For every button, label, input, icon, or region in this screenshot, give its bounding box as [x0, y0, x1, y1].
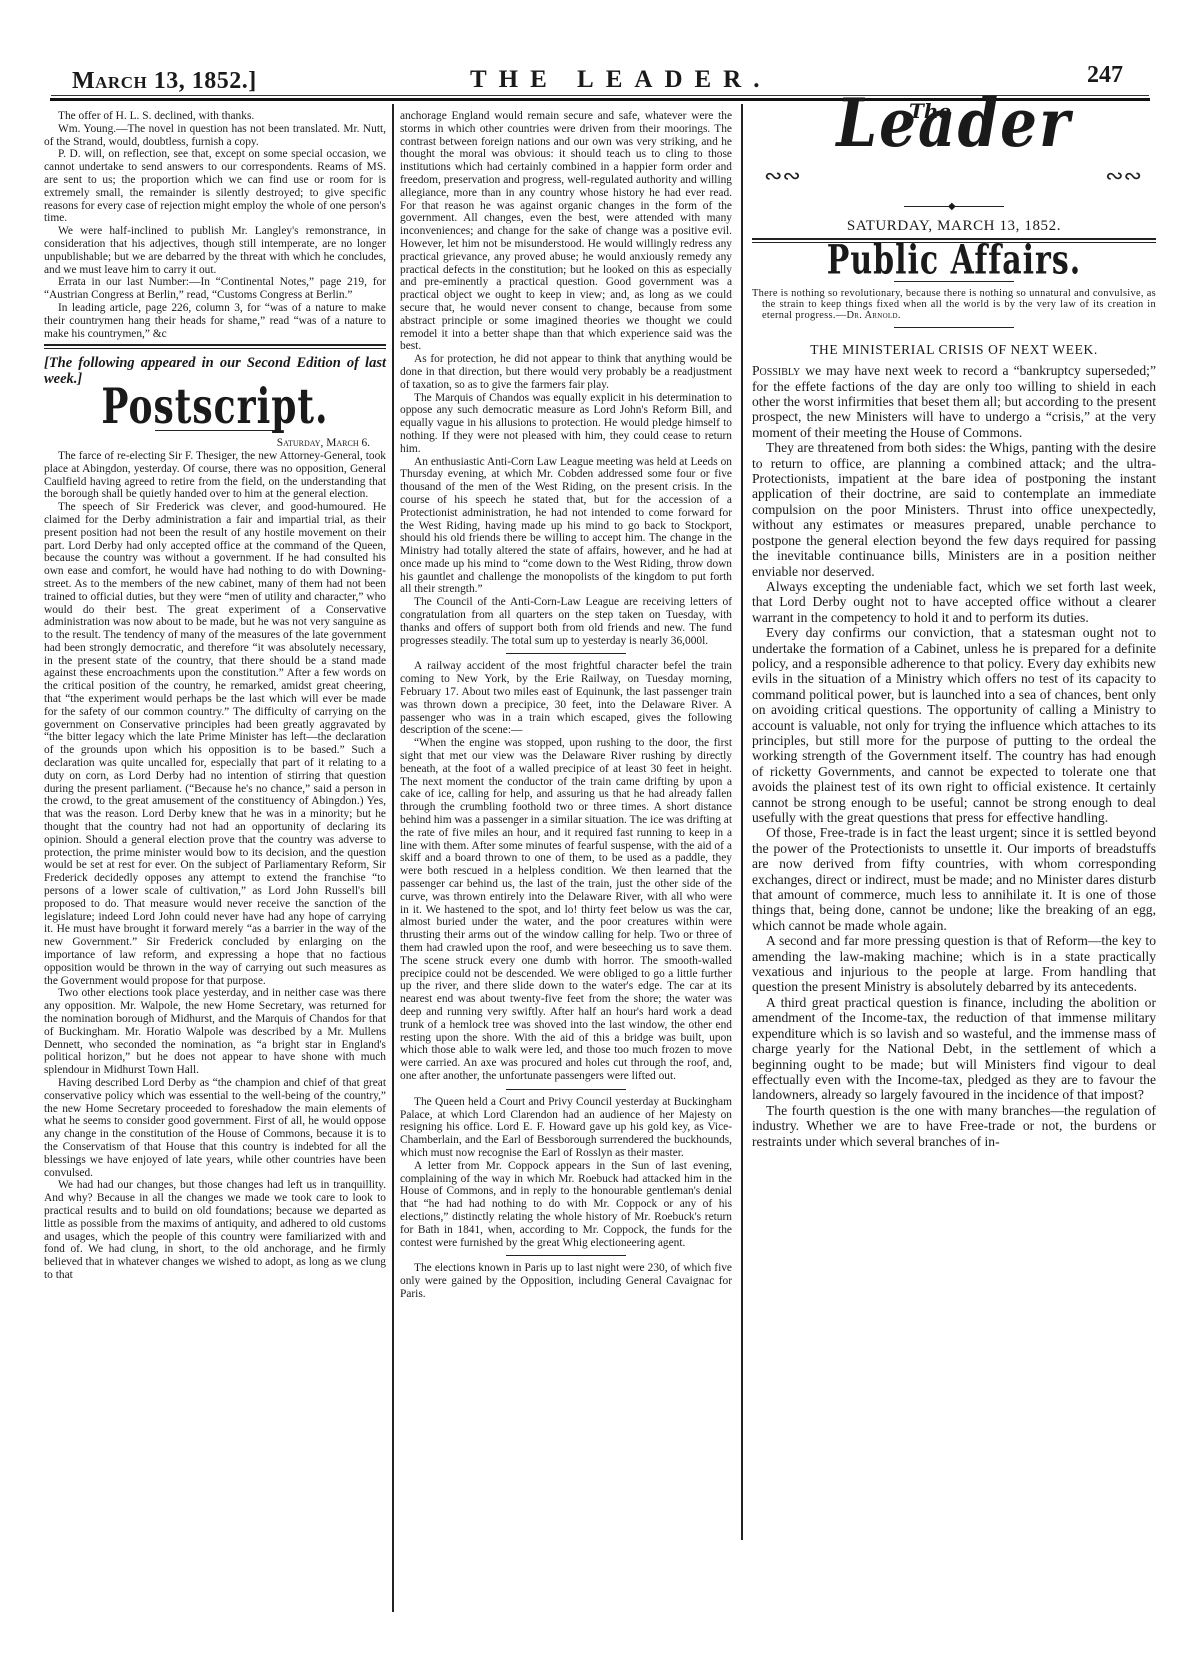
notice: P. D. will, on reflection, see that, exc…: [44, 148, 386, 225]
notice: In leading article, page 226, column 3, …: [44, 302, 386, 340]
header-date: March 13, 1852.]: [72, 68, 257, 95]
page-number: 247: [1087, 62, 1123, 89]
article-paragraph: The Marquis of Chandos was equally expli…: [400, 392, 732, 456]
article-paragraph: Of those, Free-trade is in fact the leas…: [752, 825, 1156, 933]
notice: The offer of H. L. S. declined, with tha…: [44, 110, 386, 123]
article-paragraph: The fourth question is the one with many…: [752, 1103, 1156, 1149]
column-divider: [392, 104, 394, 1612]
article-paragraph: Two other elections took place yesterday…: [44, 987, 386, 1077]
masthead: ∾∾ The Leader ∾∾: [752, 110, 1156, 206]
article-paragraph: A railway accident of the most frightful…: [400, 660, 732, 737]
masthead-title: Leader: [836, 115, 1071, 133]
article-paragraph: The Council of the Anti-Corn-Law League …: [400, 596, 732, 647]
article-title: THE MINISTERIAL CRISIS OF NEXT WEEK.: [752, 342, 1156, 357]
article-paragraph: The speech of Sir Frederick was clever, …: [44, 501, 386, 987]
column-right: ∾∾ The Leader ∾∾ ◆ SATURDAY, MARCH 13, 1…: [752, 110, 1156, 1149]
article-paragraph: An enthusiastic Anti-Corn Law League mee…: [400, 456, 732, 597]
article-paragraph: Possibly we may have next week to record…: [752, 363, 1156, 440]
epigraph-author: —Dr. Arnold.: [836, 310, 901, 321]
article-paragraph: We had had our changes, but those change…: [44, 1179, 386, 1281]
article-paragraph: A second and far more pressing question …: [752, 933, 1156, 995]
article-paragraph: “When the engine was stopped, upon rushi…: [400, 737, 732, 1083]
epigraph: There is nothing so revolutionary, becau…: [752, 288, 1156, 321]
article-paragraph: The farce of re-electing Sir F. Thesiger…: [44, 450, 386, 501]
article-paragraph: As for protection, he did not appear to …: [400, 353, 732, 391]
issue-date: SATURDAY, MARCH 13, 1852.: [752, 219, 1156, 234]
article-paragraph: Every day confirms our conviction, that …: [752, 625, 1156, 825]
notice: Errata in our last Number:—In “Continent…: [44, 276, 386, 302]
lead-text: we may have next week to record a “bankr…: [752, 363, 1156, 440]
item-rule: [506, 1089, 626, 1090]
flourish-ornament-icon: ∾∾: [764, 168, 801, 183]
item-rule: [506, 653, 626, 654]
diamond-icon: ◆: [948, 199, 956, 214]
dateline: Saturday, March 6.: [44, 437, 370, 450]
ornament-rule: ◆: [904, 206, 1004, 213]
article-paragraph: Having described Lord Derby as “the cham…: [44, 1077, 386, 1179]
article-paragraph: The Queen held a Court and Privy Council…: [400, 1096, 732, 1160]
article-paragraph: A third great practical question is fina…: [752, 995, 1156, 1103]
lead-word: Possibly: [752, 363, 800, 378]
epigraph-text: There is nothing so revolutionary, becau…: [752, 288, 1156, 321]
postscript-title: Postscript.: [44, 399, 386, 416]
article-paragraph: They are threatened from both sides: the…: [752, 440, 1156, 579]
item-rule: [506, 1255, 626, 1256]
section-rule: [44, 344, 386, 349]
section-title: Public Affairs.: [752, 251, 1156, 272]
column-divider: [741, 104, 743, 1540]
notice: We were half-inclined to publish Mr. Lan…: [44, 225, 386, 276]
flourish-ornament-icon: ∾∾: [1105, 168, 1142, 183]
article-paragraph: A letter from Mr. Coppock appears in the…: [400, 1160, 732, 1250]
article-paragraph: The elections known in Paris up to last …: [400, 1262, 732, 1300]
column-left: The offer of H. L. S. declined, with tha…: [44, 110, 386, 1282]
article-paragraph: anchorage England would remain secure an…: [400, 110, 732, 353]
title-rule: [894, 327, 1014, 328]
article-paragraph: Always excepting the undeniable fact, wh…: [752, 579, 1156, 625]
notice: Wm. Young.—The novel in question has not…: [44, 123, 386, 149]
header-title: THE LEADER.: [470, 66, 771, 94]
column-middle: anchorage England would remain secure an…: [400, 110, 732, 1301]
